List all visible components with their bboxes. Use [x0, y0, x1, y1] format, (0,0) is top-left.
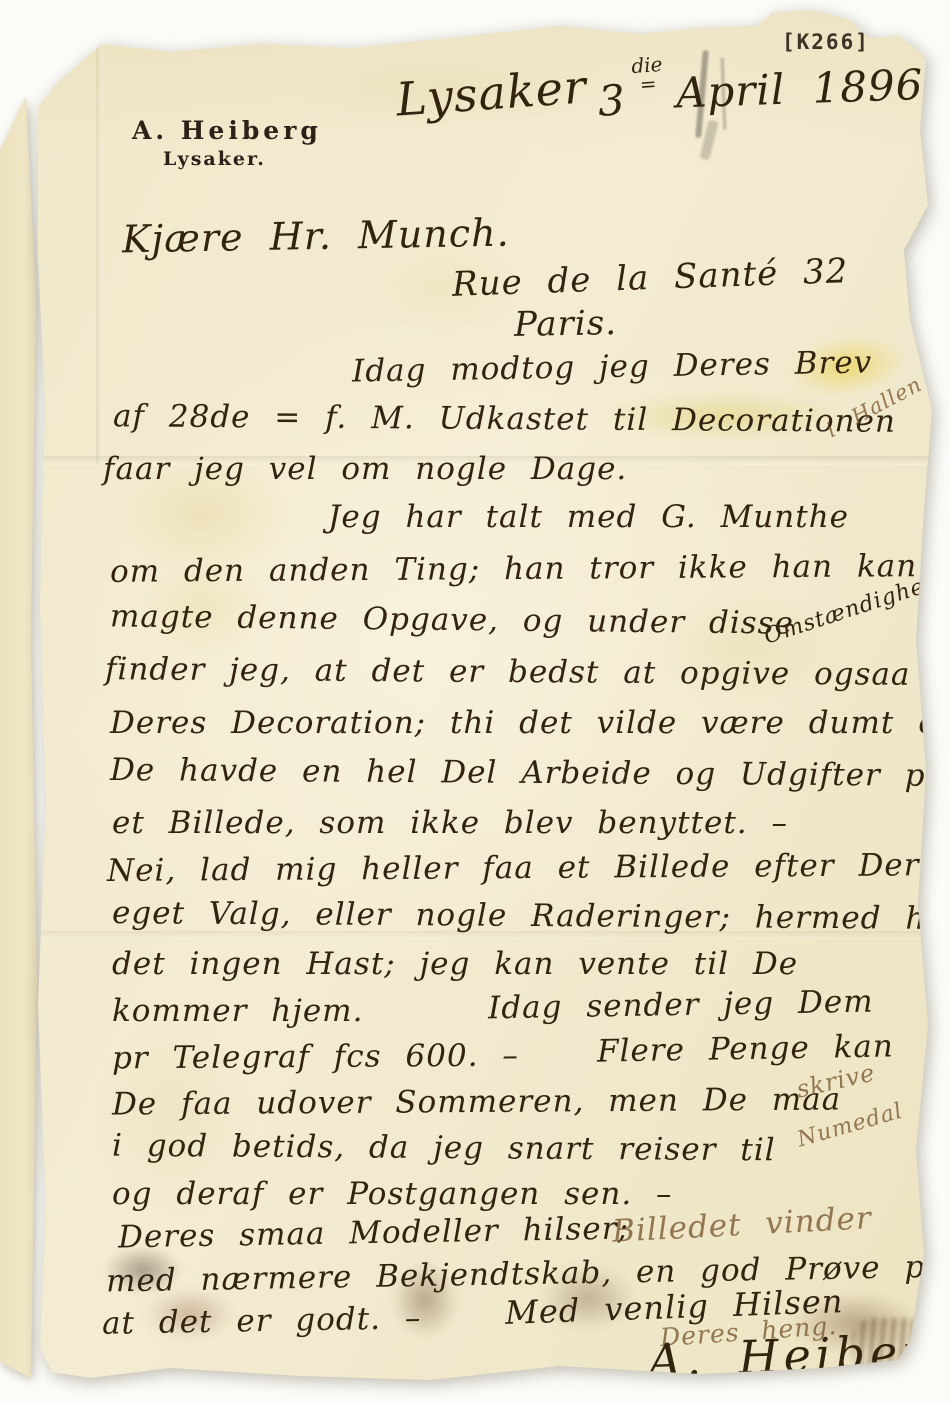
vertical-fold-crease: [96, 44, 103, 464]
letter-line: Jeg har talt med G. Munthe: [328, 500, 849, 534]
dateline-day: 3: [597, 77, 627, 125]
letter-page-shadow: [K266] A. Heiberg Lysaker. Lysaker 3 die…: [0, 0, 950, 1403]
letter-line: pr Telegraf fcs 600. –: [112, 1039, 519, 1076]
letter-line: i god betids, da jeg snart reiser til: [112, 1129, 776, 1168]
address-line: Paris.: [514, 305, 618, 344]
letter-line: og deraf er Postgangen sen. –: [112, 1177, 673, 1211]
letter-line: eget Valg, eller nogle Raderinger; herme…: [112, 896, 950, 936]
letter-line: at det er godt. –: [102, 1301, 422, 1341]
letter-line: et Billede, som ikke blev benyttet. –: [112, 806, 788, 840]
letter-line: faar jeg vel om nogle Dage.: [103, 452, 627, 486]
dateline-separator: =: [639, 74, 657, 94]
letter-line: Deres Decoration; thi det vilde være dum…: [110, 706, 950, 740]
letter-line: magte denne Opgave, og under disse: [110, 599, 794, 640]
letterhead-place: Lysaker.: [163, 148, 266, 170]
dateline-ordinal: die =: [631, 55, 665, 95]
letter-line: Idag sender jeg Dem: [488, 985, 874, 1026]
letter-line: det ingen Hast; jeg kan vente til De: [112, 947, 798, 981]
letter-line: kommer hjem.: [112, 994, 363, 1028]
letter-line: af 28de = f. M. Udkastet til Decoratione…: [113, 399, 896, 439]
letter-line: om den anden Ting; han tror ikke han kan: [110, 549, 917, 589]
letter-line: Deres smaa Modeller hilser;: [118, 1212, 630, 1255]
pencil-mark: [699, 119, 718, 160]
salutation: Kjære Hr. Munch.: [122, 213, 510, 262]
address-line: Rue de la Santé 32: [451, 253, 848, 304]
letter-line: De faa udover Sommeren, men De maa: [112, 1082, 841, 1121]
letter-line: Nei, lad mig heller faa et Billede efter…: [107, 848, 950, 888]
letterhead-name: A. Heiberg: [132, 116, 322, 145]
archive-mark: [K266]: [782, 30, 870, 54]
signature: A. Heiberg.: [647, 1324, 950, 1386]
dateline-date: April 1896.: [675, 61, 938, 116]
letter-page: [K266] A. Heiberg Lysaker. Lysaker 3 die…: [0, 0, 950, 1403]
dateline-place: Lysaker: [394, 61, 588, 125]
letter-line: De havde en hel Del Arbeide og Udgifter …: [110, 753, 950, 793]
letter-line: finder jeg, at det er bedst at opgive og…: [105, 652, 911, 692]
letter-line: Idag modtog jeg Deres Brev: [352, 345, 873, 388]
scanned-letter: [K266] A. Heiberg Lysaker. Lysaker 3 die…: [0, 0, 950, 1403]
